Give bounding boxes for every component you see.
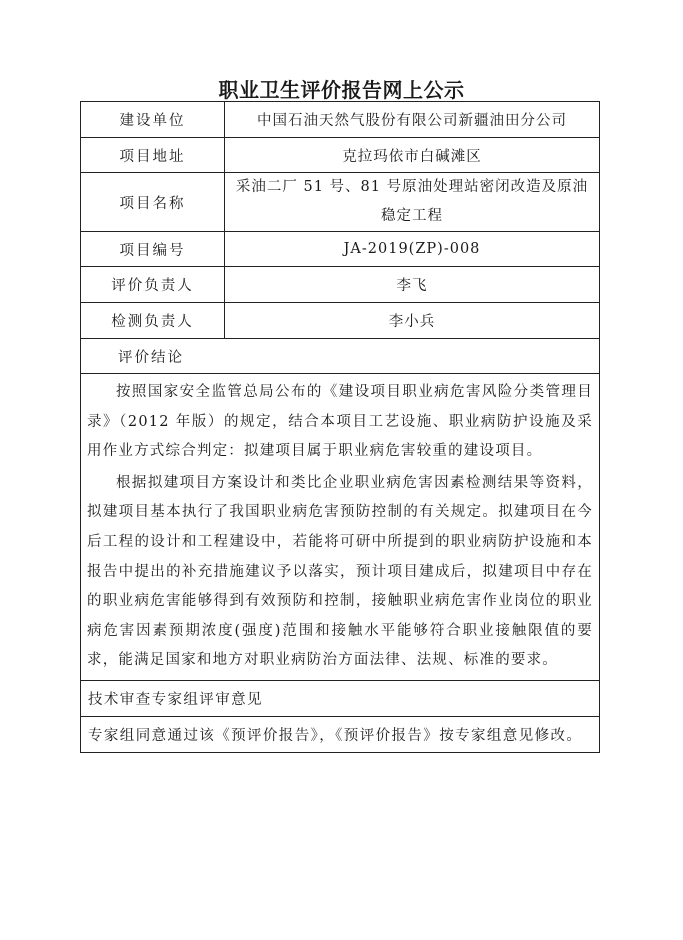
table-row-conclusion-heading: 评价结论: [81, 339, 600, 374]
testing-lead-value: 李小兵: [225, 303, 600, 339]
conclusion-body: 按照国家安全监管总局公布的《建设项目职业病危害风险分类管理目录》（2012 年版…: [81, 374, 600, 681]
conclusion-paragraph: 按照国家安全监管总局公布的《建设项目职业病危害风险分类管理目录》（2012 年版…: [87, 378, 593, 467]
testing-lead-label: 检测负责人: [81, 303, 225, 339]
conclusion-heading: 评价结论: [81, 339, 600, 374]
table-row-conclusion-body: 按照国家安全监管总局公布的《建设项目职业病危害风险分类管理目录》（2012 年版…: [81, 374, 600, 681]
evaluation-lead-label: 评价负责人: [81, 267, 225, 303]
expert-review-heading: 技术审查专家组评审意见: [81, 680, 600, 716]
project-number-value: JA-2019(ZP)-008: [225, 232, 600, 267]
table-row-expert-review-text: 专家组同意通过该《预评价报告》，《预评价报告》按专家组意见修改。: [81, 716, 600, 752]
table-row-testing-lead: 检测负责人 李小兵: [81, 303, 600, 339]
conclusion-paragraph: 根据拟建项目方案设计和类比企业职业病危害因素检测结果等资料，拟建项目基本执行了我…: [87, 469, 593, 676]
evaluation-lead-value: 李飞: [225, 267, 600, 303]
table-row-project-number: 项目编号 JA-2019(ZP)-008: [81, 232, 600, 267]
table-row-project-address: 项目地址 克拉玛依市白碱滩区: [81, 138, 600, 173]
construction-unit-value: 中国石油天然气股份有限公司新疆油田分公司: [225, 102, 600, 138]
table-row-construction-unit: 建设单位 中国石油天然气股份有限公司新疆油田分公司: [81, 102, 600, 138]
project-number-label: 项目编号: [81, 232, 225, 267]
project-address-value: 克拉玛依市白碱滩区: [225, 138, 600, 173]
disclosure-table: 建设单位 中国石油天然气股份有限公司新疆油田分公司 项目地址 克拉玛依市白碱滩区…: [80, 101, 600, 753]
table-row-expert-review-heading: 技术审查专家组评审意见: [81, 680, 600, 716]
expert-review-text: 专家组同意通过该《预评价报告》，《预评价报告》按专家组意见修改。: [81, 716, 600, 752]
project-address-label: 项目地址: [81, 138, 225, 173]
page-title: 职业卫生评价报告网上公示: [0, 74, 683, 103]
construction-unit-label: 建设单位: [81, 102, 225, 138]
project-name-value: 采油二厂 51 号、81 号原油处理站密闭改造及原油稳定工程: [225, 173, 600, 232]
table-row-project-name: 项目名称 采油二厂 51 号、81 号原油处理站密闭改造及原油稳定工程: [81, 173, 600, 232]
table-row-evaluation-lead: 评价负责人 李飞: [81, 267, 600, 303]
project-name-label: 项目名称: [81, 173, 225, 232]
